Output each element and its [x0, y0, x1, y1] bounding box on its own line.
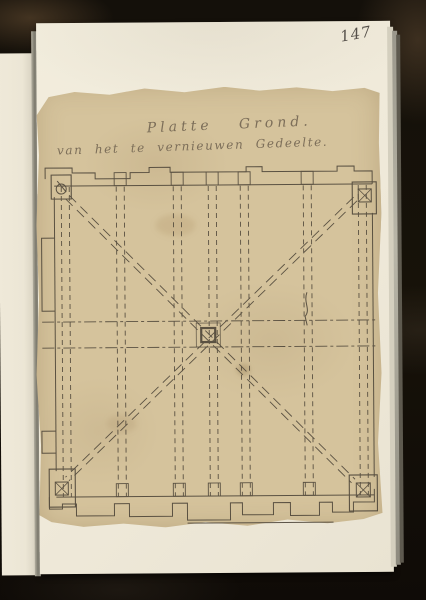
plan-line [61, 187, 63, 497]
plan-line [49, 489, 374, 521]
plan-line [352, 182, 376, 214]
plan-line [124, 187, 126, 497]
plan-line [372, 213, 374, 477]
plan-line [311, 185, 313, 495]
plan-line [248, 186, 250, 496]
plan-line [42, 431, 56, 453]
album-page-wrap: 147 Platte Grond. van het te vernieuwen … [0, 0, 426, 600]
plan-line [188, 522, 334, 523]
plan-line [69, 193, 355, 481]
plan-line [116, 187, 118, 497]
floor-plan-svg [0, 0, 426, 600]
plan-line [42, 320, 378, 322]
plan-line [216, 186, 218, 496]
plan-line [196, 323, 220, 347]
plan-line [366, 185, 368, 495]
plan-line [171, 172, 183, 185]
plan-line [69, 187, 71, 497]
plan-line [358, 185, 360, 495]
plan-line [181, 186, 183, 496]
plan-line [67, 201, 359, 481]
plan-line [45, 166, 372, 186]
plan-line [238, 172, 250, 185]
plan-line [64, 197, 356, 477]
plan-line [66, 197, 352, 485]
plan-line [173, 186, 175, 496]
plan-line [206, 172, 218, 185]
plan-line [240, 186, 242, 496]
plan-line [303, 185, 305, 495]
plan-line [42, 238, 56, 311]
plan-line [301, 171, 313, 184]
